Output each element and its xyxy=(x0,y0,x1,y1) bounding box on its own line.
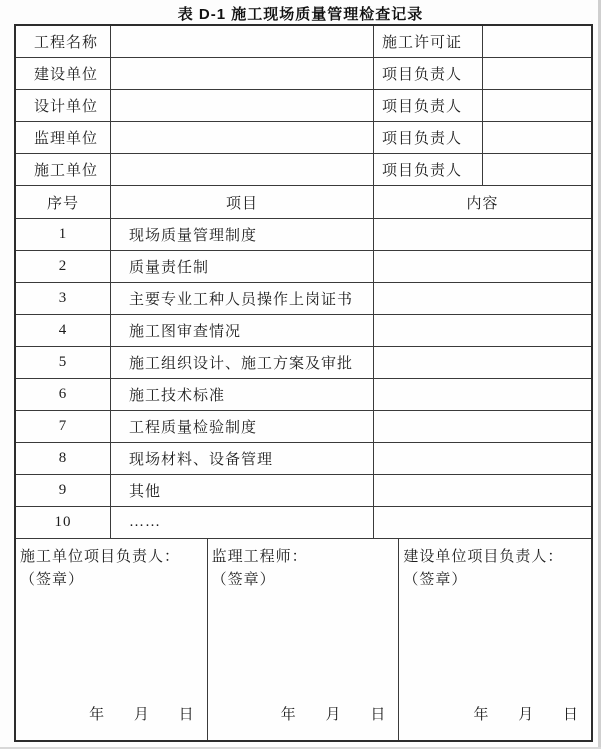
row-content-cell xyxy=(374,379,591,411)
row-index: 10 xyxy=(16,507,111,539)
year-label: 年 xyxy=(473,703,489,724)
info-label: 建设单位 xyxy=(16,58,111,90)
row-index: 6 xyxy=(16,379,111,411)
day-label: 日 xyxy=(370,703,386,724)
info-label: 项目负责人 xyxy=(374,154,483,186)
row-content-cell xyxy=(374,315,591,347)
row-content-cell xyxy=(374,443,591,475)
row-index: 7 xyxy=(16,411,111,443)
month-label: 月 xyxy=(326,703,342,724)
signature-date-line: 年 月 日 xyxy=(89,703,195,724)
signature-role-label: 监理工程师： xyxy=(212,545,308,566)
row-item: 主要专业工种人员操作上岗证书 xyxy=(111,283,374,315)
month-label: 月 xyxy=(134,703,150,724)
row-index: 1 xyxy=(16,219,111,251)
checklist-section: 1 现场质量管理制度 2 质量责任制 3 主要专业工种人员操作上岗证书 4 施工… xyxy=(16,219,591,539)
row-item: 施工图审查情况 xyxy=(111,315,374,347)
row-item: 工程质量检验制度 xyxy=(111,411,374,443)
row-index: 5 xyxy=(16,347,111,379)
info-label: 项目负责人 xyxy=(374,58,483,90)
row-content-cell xyxy=(374,219,591,251)
info-label: 设计单位 xyxy=(16,90,111,122)
month-label: 月 xyxy=(518,703,534,724)
year-label: 年 xyxy=(281,703,297,724)
row-item: 现场材料、设备管理 xyxy=(111,443,374,475)
row-index: 8 xyxy=(16,443,111,475)
info-value-cell xyxy=(111,90,374,122)
signature-section: 施工单位项目负责人： （签章） 年 月 日 监理工程师： （签章） 年 月 日 … xyxy=(16,539,591,740)
info-label: 监理单位 xyxy=(16,122,111,154)
signature-block-supervisor: 监理工程师： （签章） 年 月 日 xyxy=(208,539,400,740)
info-label: 工程名称 xyxy=(16,26,111,58)
day-label: 日 xyxy=(179,703,195,724)
row-content-cell xyxy=(374,283,591,315)
signature-block-owner: 建设单位项目负责人： （签章） 年 月 日 xyxy=(399,539,591,740)
column-header-item: 项目 xyxy=(111,186,374,219)
info-value-cell xyxy=(483,90,591,122)
document-page: 表 D-1 施工现场质量管理检查记录 工程名称 施工许可证 建设单位 项目负责人… xyxy=(0,0,601,749)
info-value-cell xyxy=(111,122,374,154)
row-item: 质量责任制 xyxy=(111,251,374,283)
signature-date-line: 年 月 日 xyxy=(473,703,579,724)
row-content-cell xyxy=(374,507,591,539)
row-index: 2 xyxy=(16,251,111,283)
column-header-index: 序号 xyxy=(16,186,111,219)
info-label: 施工单位 xyxy=(16,154,111,186)
row-index: 3 xyxy=(16,283,111,315)
signature-role-label: 建设单位项目负责人： xyxy=(403,545,563,566)
checklist-header-row: 序号 项目 内容 xyxy=(16,186,591,219)
row-item: …… xyxy=(111,507,374,539)
row-content-cell xyxy=(374,475,591,507)
row-item: 施工组织设计、施工方案及审批 xyxy=(111,347,374,379)
inspection-record-table: 工程名称 施工许可证 建设单位 项目负责人 设计单位 项目负责人 监理单位 项目… xyxy=(14,24,593,742)
year-label: 年 xyxy=(89,703,105,724)
info-value-cell xyxy=(111,58,374,90)
info-label: 项目负责人 xyxy=(374,122,483,154)
signature-date-line: 年 月 日 xyxy=(281,703,387,724)
row-content-cell xyxy=(374,411,591,443)
row-content-cell xyxy=(374,347,591,379)
info-value-cell xyxy=(111,26,374,58)
info-label: 项目负责人 xyxy=(374,90,483,122)
row-content-cell xyxy=(374,251,591,283)
column-header-content: 内容 xyxy=(374,186,591,219)
signature-seal-label: （签章） xyxy=(20,568,84,589)
row-index: 9 xyxy=(16,475,111,507)
project-info-section: 工程名称 施工许可证 建设单位 项目负责人 设计单位 项目负责人 监理单位 项目… xyxy=(16,26,591,186)
day-label: 日 xyxy=(563,703,579,724)
row-index: 4 xyxy=(16,315,111,347)
signature-role-label: 施工单位项目负责人： xyxy=(20,545,180,566)
row-item: 其他 xyxy=(111,475,374,507)
signature-seal-label: （签章） xyxy=(403,568,467,589)
row-item: 现场质量管理制度 xyxy=(111,219,374,251)
page-title: 表 D-1 施工现场质量管理检查记录 xyxy=(0,3,601,23)
info-value-cell xyxy=(483,26,591,58)
info-value-cell xyxy=(483,58,591,90)
signature-block-contractor: 施工单位项目负责人： （签章） 年 月 日 xyxy=(16,539,208,740)
info-value-cell xyxy=(483,122,591,154)
signature-seal-label: （签章） xyxy=(212,568,276,589)
info-value-cell xyxy=(483,154,591,186)
row-item: 施工技术标准 xyxy=(111,379,374,411)
info-value-cell xyxy=(111,154,374,186)
info-label: 施工许可证 xyxy=(374,26,483,58)
